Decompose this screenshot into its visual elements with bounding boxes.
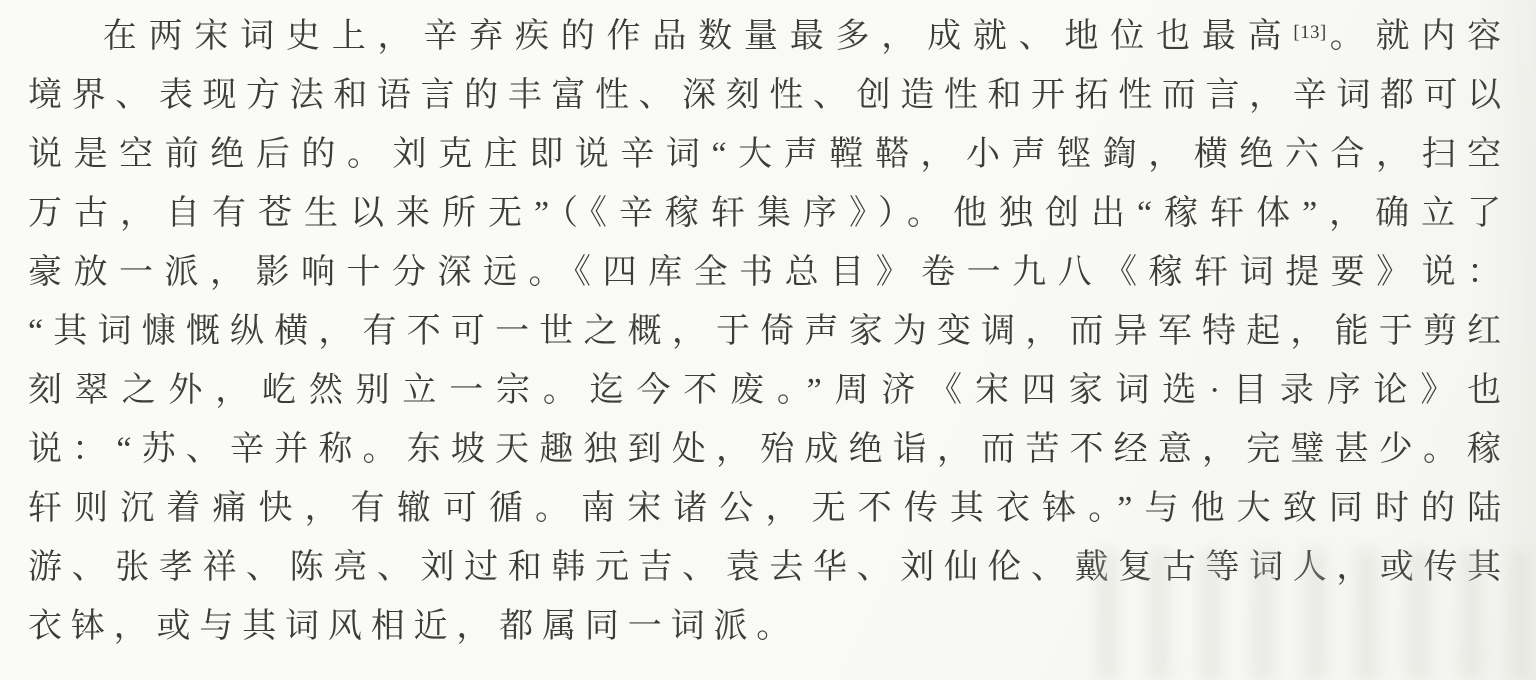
- page-body: 在两宋词史上，辛弃疾的作品数量最多，成就、地位也最高[13]。就内容 境界、表现…: [0, 0, 1536, 680]
- scanned-book-page: { "document": { "kind": "scanned-book-pa…: [0, 0, 1536, 680]
- text-line: 万古，自有苍生以来所无”（《辛稼轩集序》）。他独创出“稼轩体”，确立了: [28, 184, 1510, 243]
- text-line: 轩则沉着痛快，有辙可循。南宋诸公，无不传其衣钵。”与他大致同时的陆: [28, 479, 1510, 538]
- text-line: “其词慷慨纵横，有不可一世之概，于倚声家为变调，而异军特起，能于剪红: [28, 302, 1510, 361]
- text-segment: 。就内容: [1327, 18, 1510, 55]
- text-line: 在两宋词史上，辛弃疾的作品数量最多，成就、地位也最高[13]。就内容: [28, 7, 1510, 66]
- text-segment: 在两宋词史上，辛弃疾的作品数量最多，成就、地位也最高: [103, 18, 1294, 55]
- text-line: 说是空前绝后的。刘克庄即说辛词“大声鞺鞳，小声铿鍧，横绝六合，扫空: [28, 125, 1510, 184]
- text-line: 豪放一派，影响十分深远。《四库全书总目》卷一九八《稼轩词提要》说：: [28, 243, 1510, 302]
- text-line: 游、张孝祥、陈亮、刘过和韩元吉、袁去华、刘仙伦、戴复古等词人，或传其: [28, 538, 1510, 597]
- text-line: 境界、表现方法和语言的丰富性、深刻性、创造性和开拓性而言，辛词都可以: [28, 66, 1510, 125]
- text-line: 刻翠之外，屹然别立一宗。迄今不废。”周济《宋四家词选·目录序论》也: [28, 361, 1510, 420]
- text-line: 说：“苏、辛并称。东坡天趣独到处，殆成绝诣，而苦不经意，完璧甚少。稼: [28, 420, 1510, 479]
- text-line: 衣钵，或与其词风相近，都属同一词派。: [28, 597, 1510, 656]
- paragraph: 在两宋词史上，辛弃疾的作品数量最多，成就、地位也最高[13]。就内容 境界、表现…: [28, 7, 1510, 656]
- footnote-reference: [13]: [1293, 22, 1326, 43]
